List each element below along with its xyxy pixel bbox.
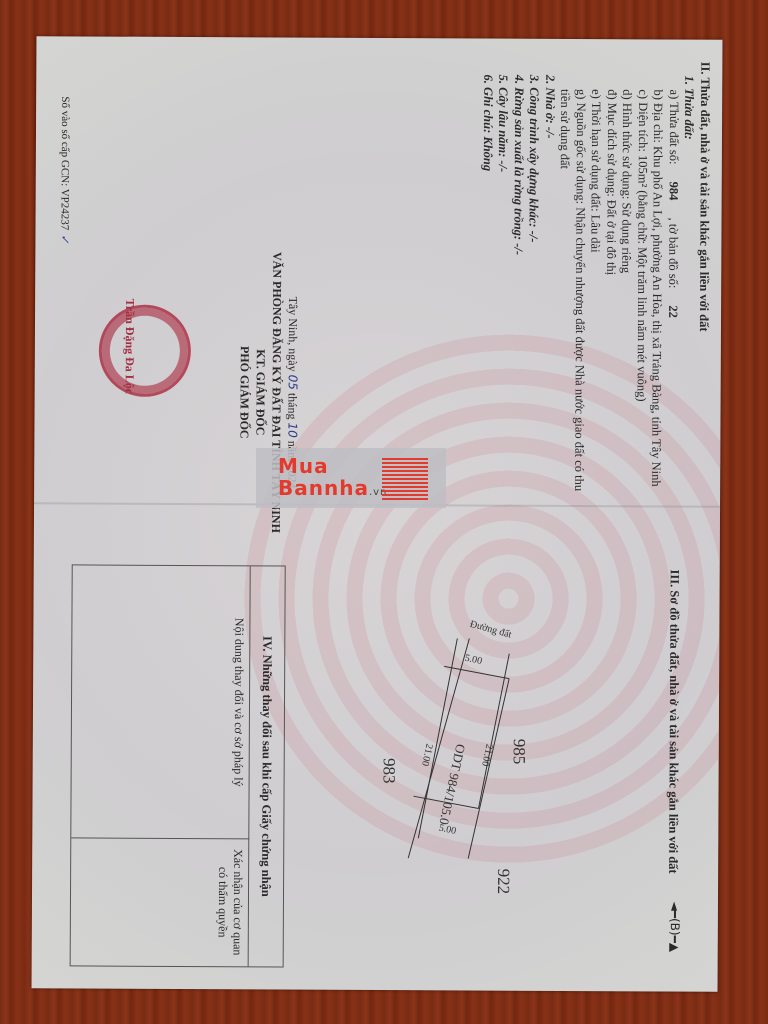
changes-column-header: Nội dung thay đổi và cơ sở pháp lý <box>71 565 250 839</box>
logo-line1: Mua <box>278 454 329 478</box>
svg-text:21.00: 21.00 <box>419 743 435 767</box>
logo-line2: Bannha.vn <box>278 476 387 500</box>
svg-text:985: 985 <box>510 739 529 765</box>
confirmation-column-header: Xác nhận của cơ quan có thẩm quyền <box>71 837 250 966</box>
col2-line1: Xác nhận của cơ quan <box>230 838 246 966</box>
svg-text:983: 983 <box>380 758 399 784</box>
section-changes-table: IV. Những thay đổi sau khi cấp Giấy chứn… <box>70 564 286 967</box>
logo-brand: Bannha <box>278 476 369 500</box>
svg-text:922: 922 <box>494 869 513 895</box>
muabannha-watermark-logo: Mua Bannha.vn <box>256 448 446 508</box>
svg-text:5.00: 5.00 <box>464 653 483 667</box>
svg-text:21.00: 21.00 <box>479 743 495 767</box>
svg-text:5.00: 5.00 <box>438 823 457 837</box>
rotated-content: II. Thửa đất, nhà ở và tài sản khác gắn … <box>32 36 723 992</box>
section4-heading: IV. Những thay đổi sau khi cấp Giấy chứn… <box>248 566 285 966</box>
svg-text:ODT 984/105.0: ODT 984/105.0 <box>436 743 468 826</box>
certificate-page: II. Thửa đất, nhà ở và tài sản khác gắn … <box>32 36 723 992</box>
buildings-icon <box>382 458 428 500</box>
svg-text:Đường đất: Đường đất <box>469 619 513 641</box>
col2-line2: có thẩm quyền <box>215 838 231 966</box>
